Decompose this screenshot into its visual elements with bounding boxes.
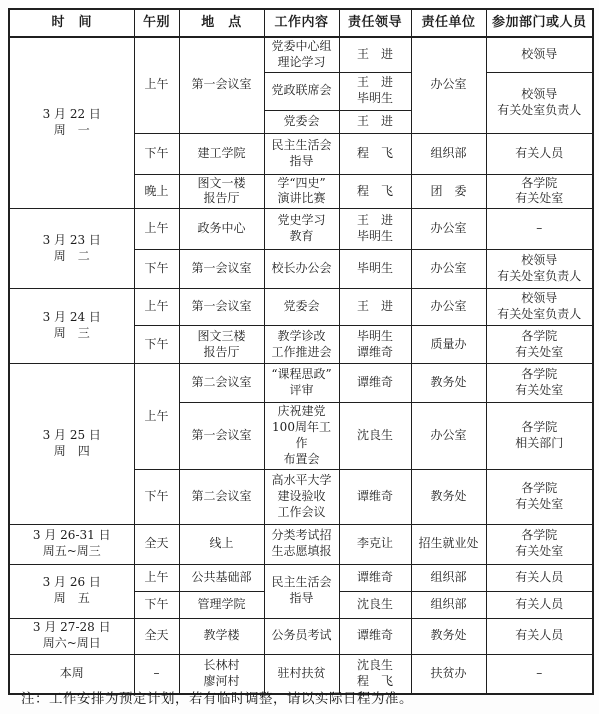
cell-ampm: 上午	[134, 289, 179, 326]
cell-participants: 校领导 有关处室负责人	[486, 72, 593, 133]
cell-unit: 团 委	[411, 174, 486, 209]
cell-participants: 有关人员	[486, 564, 593, 591]
cell-content: 党委会	[264, 110, 339, 133]
cell-leader: 谭维奇	[339, 469, 411, 524]
cell-date: 3 月 25 日 周 四	[9, 364, 134, 524]
cell-leader: 毕明生 谭维奇	[339, 326, 411, 364]
cell-leader: 王 进 毕明生	[339, 72, 411, 110]
cell-date: 3 月 23 日 周 二	[9, 209, 134, 289]
cell-place: 线上	[179, 524, 264, 564]
table-row: 3 月 26-31 日 周五~周三 全天 线上 分类考试招 生志愿填报 李克让 …	[9, 524, 593, 564]
cell-ampm: 上午	[134, 37, 179, 133]
cell-leader: 谭维奇	[339, 618, 411, 654]
cell-leader: 谭维奇	[339, 364, 411, 403]
table-row: 3 月 26 日 周 五 上午 公共基础部 民主生活会 指导 谭维奇 组织部 有…	[9, 564, 593, 591]
cell-place: 政务中心	[179, 209, 264, 250]
cell-leader: 李克让	[339, 524, 411, 564]
col-header-time: 时 间	[9, 9, 134, 37]
cell-date: 3 月 24 日 周 三	[9, 289, 134, 364]
cell-unit: 办公室	[411, 250, 486, 289]
header-row: 时 间 午别 地 点 工作内容 责任领导 责任单位 参加部门或人员	[9, 9, 593, 37]
cell-place: 图文三楼 报告厅	[179, 326, 264, 364]
cell-content: 高水平大学 建设验收 工作会议	[264, 469, 339, 524]
cell-place: 建工学院	[179, 133, 264, 174]
cell-participants: 各学院 有关处室	[486, 469, 593, 524]
cell-content: 党委中心组 理论学习	[264, 37, 339, 72]
cell-participants: 各学院 有关处室	[486, 174, 593, 209]
cell-leader: 沈良生	[339, 591, 411, 618]
cell-leader: 毕明生	[339, 250, 411, 289]
footer-note: 注：工作安排为预定计划，若有临时调整，请以实际日程为准。	[21, 687, 581, 707]
cell-unit: 组织部	[411, 591, 486, 618]
cell-unit: 组织部	[411, 133, 486, 174]
cell-content: 分类考试招 生志愿填报	[264, 524, 339, 564]
cell-place: 公共基础部	[179, 564, 264, 591]
col-header-place: 地 点	[179, 9, 264, 37]
cell-participants: 各学院 有关处室	[486, 524, 593, 564]
cell-ampm: 下午	[134, 326, 179, 364]
cell-content: 民主生活会 指导	[264, 564, 339, 618]
cell-date: 3 月 26 日 周 五	[9, 564, 134, 618]
cell-participants: 校领导 有关处室负责人	[486, 250, 593, 289]
cell-place: 第二会议室	[179, 364, 264, 403]
cell-place: 第一会议室	[179, 289, 264, 326]
col-header-content: 工作内容	[264, 9, 339, 37]
work-schedule-table: 时 间 午别 地 点 工作内容 责任领导 责任单位 参加部门或人员 3 月 22…	[8, 8, 594, 695]
cell-date: 3 月 27-28 日 周六~周日	[9, 618, 134, 654]
cell-date: 3 月 22 日 周 一	[9, 37, 134, 209]
cell-unit: 教务处	[411, 618, 486, 654]
cell-leader: 王 进	[339, 37, 411, 72]
table-row: 3 月 25 日 周 四 上午 第二会议室 “课程思政” 评审 谭维奇 教务处 …	[9, 364, 593, 403]
cell-content: 党政联席会	[264, 72, 339, 110]
cell-unit: 教务处	[411, 469, 486, 524]
cell-ampm: 下午	[134, 250, 179, 289]
cell-place: 图文一楼 报告厅	[179, 174, 264, 209]
cell-participants: 各学院 相关部门	[486, 403, 593, 469]
cell-leader: 王 进	[339, 289, 411, 326]
cell-unit: 办公室	[411, 209, 486, 250]
col-header-participants: 参加部门或人员	[486, 9, 593, 37]
cell-content: 教学诊改 工作推进会	[264, 326, 339, 364]
cell-leader: 沈良生	[339, 403, 411, 469]
cell-participants: 校领导 有关处室负责人	[486, 289, 593, 326]
cell-place: 第一会议室	[179, 403, 264, 469]
cell-content: 公务员考试	[264, 618, 339, 654]
cell-participants: 有关人员	[486, 618, 593, 654]
cell-unit: 办公室	[411, 403, 486, 469]
cell-unit: 质量办	[411, 326, 486, 364]
cell-ampm: 全天	[134, 524, 179, 564]
cell-ampm: 上午	[134, 564, 179, 591]
cell-content: 党委会	[264, 289, 339, 326]
table-row: 3 月 24 日 周 三 上午 第一会议室 党委会 王 进 办公室 校领导 有关…	[9, 289, 593, 326]
cell-leader: 谭维奇	[339, 564, 411, 591]
cell-ampm: 上午	[134, 209, 179, 250]
cell-unit: 教务处	[411, 364, 486, 403]
cell-participants: 有关人员	[486, 133, 593, 174]
cell-unit: 办公室	[411, 37, 486, 133]
col-header-unit: 责任单位	[411, 9, 486, 37]
cell-participants: –	[486, 209, 593, 250]
cell-leader: 程 飞	[339, 174, 411, 209]
cell-ampm: 下午	[134, 133, 179, 174]
cell-participants: 有关人员	[486, 591, 593, 618]
cell-leader: 王 进	[339, 110, 411, 133]
cell-content: 民主生活会 指导	[264, 133, 339, 174]
cell-participants: 校领导	[486, 37, 593, 72]
cell-place: 第一会议室	[179, 250, 264, 289]
cell-leader: 程 飞	[339, 133, 411, 174]
cell-content: 学“四史” 演讲比赛	[264, 174, 339, 209]
cell-content: “课程思政” 评审	[264, 364, 339, 403]
cell-content: 党史学习 教育	[264, 209, 339, 250]
cell-leader: 王 进 毕明生	[339, 209, 411, 250]
table-row: 3 月 27-28 日 周六~周日 全天 教学楼 公务员考试 谭维奇 教务处 有…	[9, 618, 593, 654]
cell-place: 教学楼	[179, 618, 264, 654]
cell-participants: 各学院 有关处室	[486, 326, 593, 364]
cell-participants: 各学院 有关处室	[486, 364, 593, 403]
col-header-ampm: 午别	[134, 9, 179, 37]
schedule-sheet: 时 间 午别 地 点 工作内容 责任领导 责任单位 参加部门或人员 3 月 22…	[0, 0, 599, 714]
cell-unit: 招生就业处	[411, 524, 486, 564]
cell-ampm: 下午	[134, 469, 179, 524]
cell-unit: 组织部	[411, 564, 486, 591]
cell-place: 管理学院	[179, 591, 264, 618]
table-row: 3 月 23 日 周 二 上午 政务中心 党史学习 教育 王 进 毕明生 办公室…	[9, 209, 593, 250]
table-row: 3 月 22 日 周 一 上午 第一会议室 党委中心组 理论学习 王 进 办公室…	[9, 37, 593, 72]
col-header-leader: 责任领导	[339, 9, 411, 37]
cell-content: 庆祝建党 100周年工作 布置会	[264, 403, 339, 469]
cell-place: 第一会议室	[179, 37, 264, 133]
cell-place: 第二会议室	[179, 469, 264, 524]
cell-date: 3 月 26-31 日 周五~周三	[9, 524, 134, 564]
cell-ampm: 下午	[134, 591, 179, 618]
cell-unit: 办公室	[411, 289, 486, 326]
cell-content: 校长办公会	[264, 250, 339, 289]
cell-ampm: 晚上	[134, 174, 179, 209]
cell-ampm: 全天	[134, 618, 179, 654]
cell-ampm: 上午	[134, 364, 179, 469]
